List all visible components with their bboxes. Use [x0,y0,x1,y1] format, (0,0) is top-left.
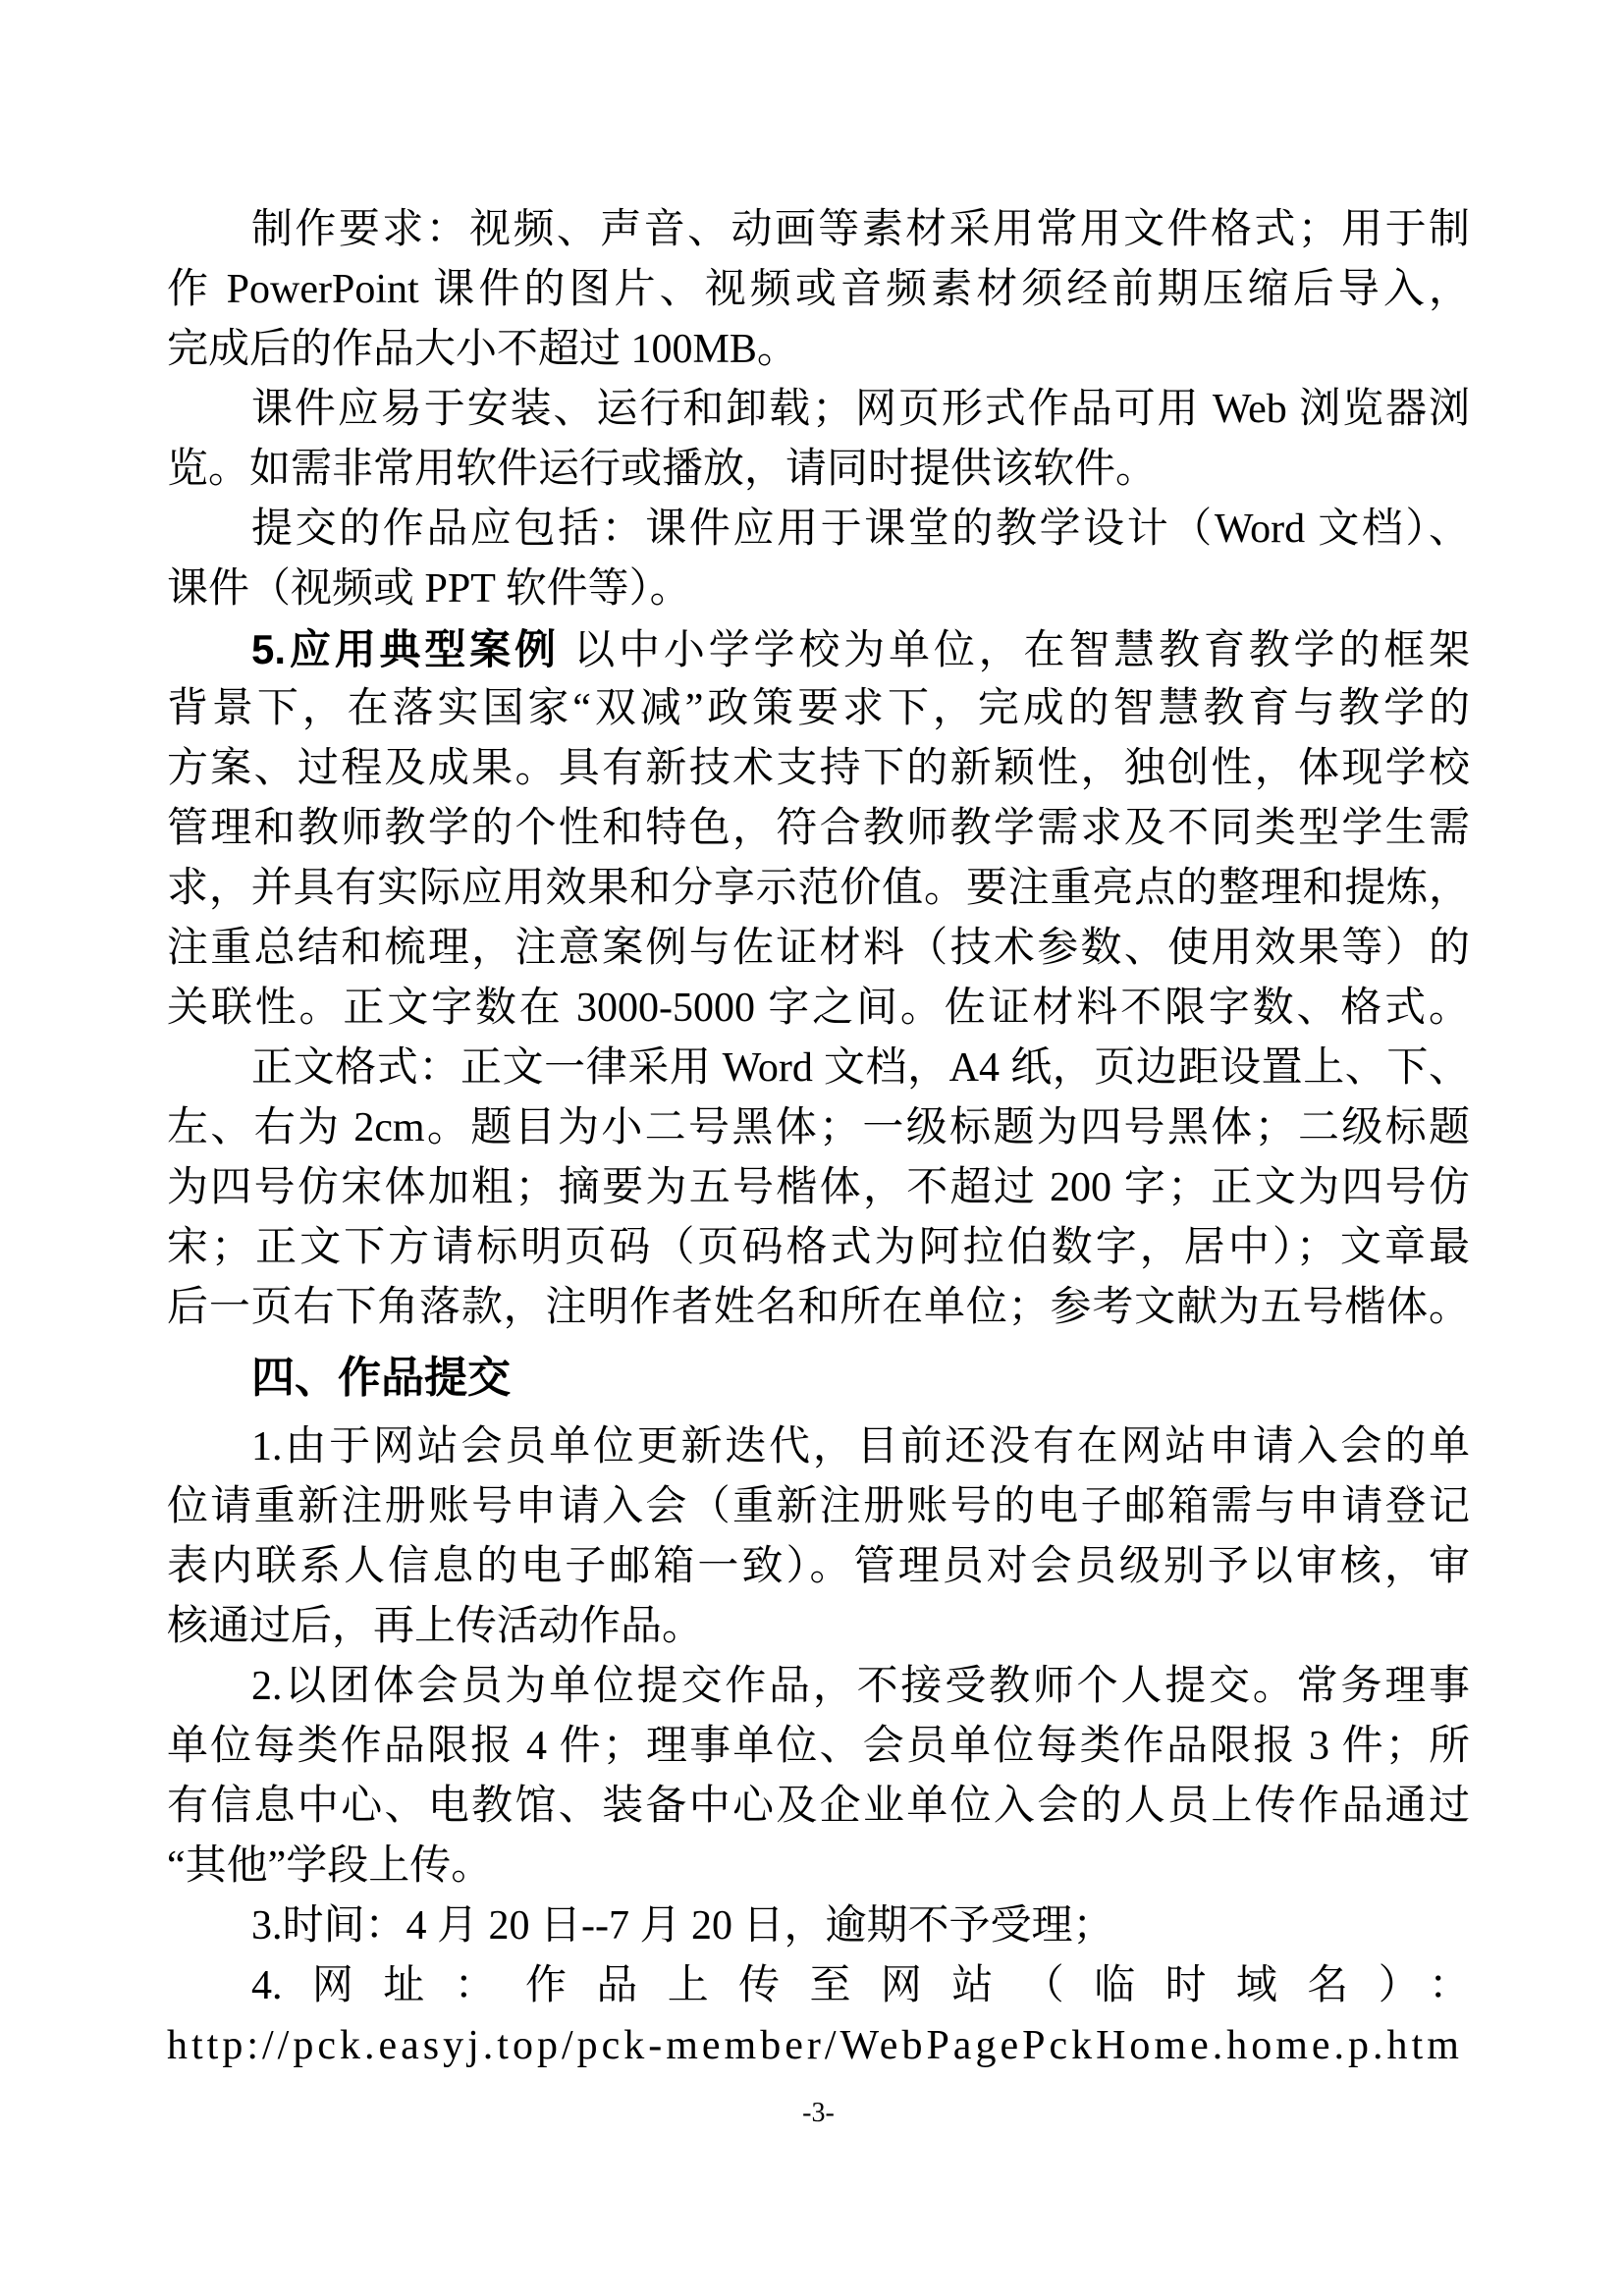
text-run: 以中小学学校为单位，在智慧教育教学的框架 [560,628,1470,673]
text-line: 求，并具有实际应用效果和分享示范价值。要注重亮点的整理和提炼， [167,859,1470,919]
document-body: 制作要求：视频、声音、动画等素材采用常用文件格式；用于制作 PowerPoint… [167,200,1470,2076]
text-line: 核通过后，再上传活动作品。 [167,1597,1470,1657]
text-line: 制作要求：视频、声音、动画等素材采用常用文件格式；用于制 [167,200,1470,260]
text-line: 背景下，在落实国家“双减”政策要求下，完成的智慧教育与教学的 [167,679,1470,739]
text-line: 1.由于网站会员单位更新迭代，目前还没有在网站申请入会的单 [167,1417,1470,1477]
text-line: 方案、过程及成果。具有新技术支持下的新颖性，独创性，体现学校 [167,739,1470,799]
text-line: 3.时间：4 月 20 日--7 月 20 日，逾期不予受理； [167,1896,1470,1956]
text-line: 后一页右下角落款，注明作者姓名和所在单位；参考文献为五号楷体。 [167,1278,1470,1338]
text-line: 课件（视频或 PPT 软件等）。 [167,560,1470,619]
text-line: 提交的作品应包括：课件应用于课堂的教学设计（Word 文档）、 [167,500,1470,560]
text-line: 2.以团体会员为单位提交作品，不接受教师个人提交。常务理事 [167,1657,1470,1717]
text-line: 正文格式：正文一律采用 Word 文档，A4 纸，页边距设置上、下、 [167,1039,1470,1098]
text-line: “其他”学段上传。 [167,1837,1470,1896]
text-line: 表内联系人信息的电子邮箱一致）。管理员对会员级别予以审核，审 [167,1537,1470,1597]
section-heading: 四、作品提交 [167,1348,1470,1408]
text-line: 5.应用典型案例 以中小学学校为单位，在智慧教育教学的框架 [167,619,1470,679]
text-line: 完成后的作品大小不超过 100MB。 [167,320,1470,380]
text-line: 关联性。正文字数在 3000-5000 字之间。佐证材料不限字数、格式。 [167,979,1470,1039]
text-line: 4.网址：作品上传至网站（临时域名）： [167,1956,1470,2016]
text-line: 左、右为 2cm。题目为小二号黑体；一级标题为四号黑体；二级标题 [167,1098,1470,1158]
submission-url: http://pck.easyj.top/pck-member/WebPageP… [167,2016,1470,2076]
text-line: 作 PowerPoint 课件的图片、视频或音频素材须经前期压缩后导入， [167,260,1470,320]
bold-run: 5.应用典型案例 [251,626,560,672]
text-line: 单位每类作品限报 4 件；理事单位、会员单位每类作品限报 3 件；所 [167,1717,1470,1777]
text-line: 为四号仿宋体加粗；摘要为五号楷体，不超过 200 字；正文为四号仿 [167,1158,1470,1218]
text-line: 宋；正文下方请标明页码（页码格式为阿拉伯数字，居中）；文章最 [167,1218,1470,1278]
page-number: -3- [167,2097,1470,2130]
text-line: 览。如需非常用软件运行或播放，请同时提供该软件。 [167,440,1470,500]
text-line: 管理和教师教学的个性和特色，符合教师教学需求及不同类型学生需 [167,799,1470,859]
document-page: 制作要求：视频、声音、动画等素材采用常用文件格式；用于制作 PowerPoint… [0,0,1624,2296]
text-line: 有信息中心、电教馆、装备中心及企业单位入会的人员上传作品通过 [167,1777,1470,1837]
text-line: 位请重新注册账号申请入会（重新注册账号的电子邮箱需与申请登记 [167,1477,1470,1537]
text-line: 注重总结和梳理，注意案例与佐证材料（技术参数、使用效果等）的 [167,919,1470,979]
text-line: 课件应易于安装、运行和卸载；网页形式作品可用 Web 浏览器浏 [167,380,1470,440]
